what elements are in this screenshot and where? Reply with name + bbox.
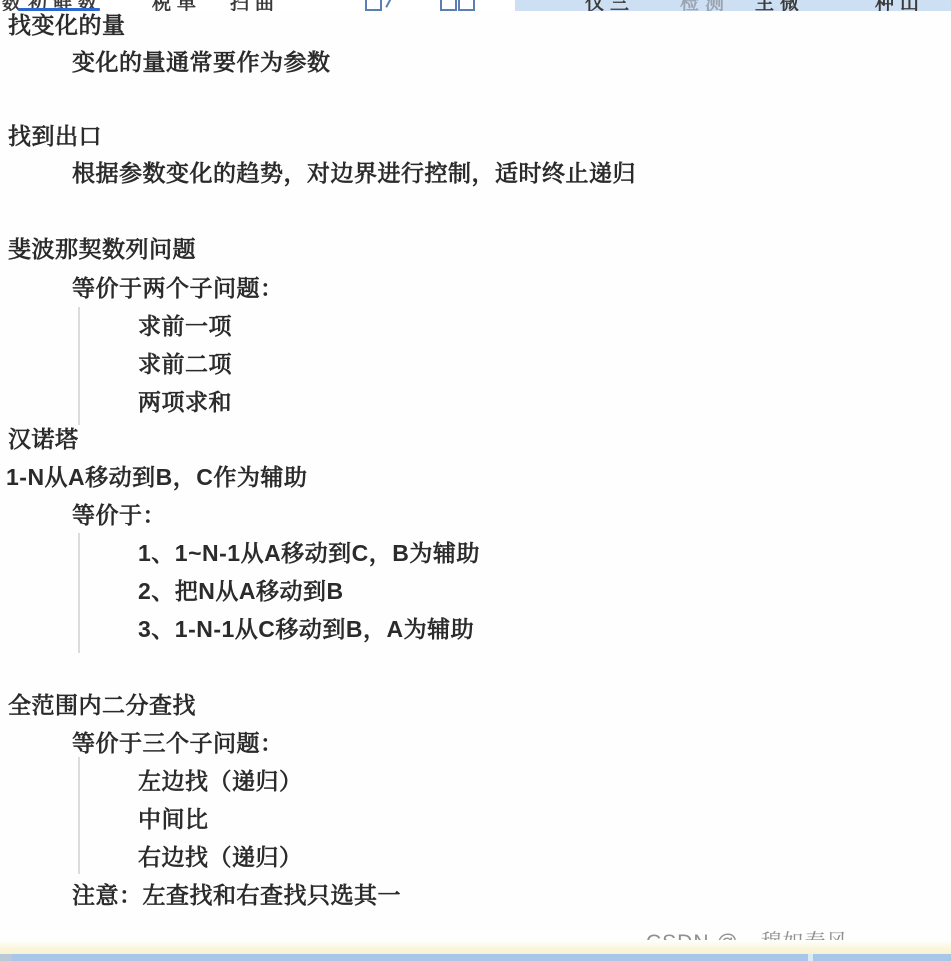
section-heading: 找变化的量 bbox=[8, 13, 126, 38]
indent-guide-line bbox=[78, 533, 80, 653]
outline-text: 根据参数变化的趋势，对边界进行控制，适时终止递归 bbox=[72, 161, 636, 186]
outline-item: 右边找（递归） bbox=[138, 845, 303, 870]
toolbar-active-underline bbox=[18, 8, 100, 11]
outline-item: 中间比 bbox=[138, 807, 209, 832]
toolbar-icon[interactable] bbox=[385, 0, 392, 8]
toolbar-button-fragment[interactable]: 税单 bbox=[152, 0, 202, 11]
bottom-bar-left-segment bbox=[0, 954, 12, 961]
bottom-yellow-strip bbox=[0, 940, 951, 954]
outline-item: 两项求和 bbox=[138, 390, 232, 415]
section-heading: 全范围内二分查找 bbox=[8, 693, 196, 718]
clipped-toolbar: 数 初鲜数 税单 扫曲 仅三 检测 主微 种山 bbox=[0, 0, 951, 11]
toolbar-icon[interactable] bbox=[458, 0, 475, 11]
toolbar-button-fragment[interactable]: 仅三 bbox=[585, 0, 635, 11]
indent-guide-line bbox=[78, 307, 80, 425]
outline-text: 等价于两个子问题： bbox=[72, 276, 284, 301]
toolbar-icon[interactable] bbox=[365, 0, 382, 11]
toolbar-button-fragment-disabled[interactable]: 检测 bbox=[680, 0, 730, 11]
outline-note: 注意：左查找和右查找只选其一 bbox=[72, 883, 401, 908]
outline-item: 1、1~N-1从A移动到C，B为辅助 bbox=[138, 541, 480, 566]
section-heading: 找到出口 bbox=[8, 124, 102, 149]
outline-item: 左边找（递归） bbox=[138, 769, 303, 794]
outline-text: 变化的量通常要作为参数 bbox=[72, 50, 331, 75]
outline-item: 2、把N从A移动到B bbox=[138, 579, 344, 604]
note-page: 数 初鲜数 税单 扫曲 仅三 检测 主微 种山 找变化的量 变化的量通常要作为参… bbox=[0, 0, 951, 961]
outline-item: 求前一项 bbox=[138, 314, 232, 339]
bottom-bar-notch bbox=[808, 954, 813, 961]
indent-guide-line bbox=[78, 757, 80, 874]
outline-text: 等价于三个子问题： bbox=[72, 731, 284, 756]
bottom-blue-bar bbox=[0, 954, 951, 961]
toolbar-button-fragment[interactable]: 扫曲 bbox=[230, 0, 280, 11]
outline-text: 等价于： bbox=[72, 503, 166, 528]
outline-item: 3、1-N-1从C移动到B，A为辅助 bbox=[138, 617, 474, 642]
outline-item: 求前二项 bbox=[138, 352, 232, 377]
toolbar-button-fragment[interactable]: 种山 bbox=[875, 0, 925, 11]
section-heading: 斐波那契数列问题 bbox=[8, 237, 196, 262]
section-heading: 汉诺塔 bbox=[8, 427, 79, 452]
toolbar-button-fragment[interactable]: 主微 bbox=[755, 0, 805, 11]
section-subheading: 1-N从A移动到B，C作为辅助 bbox=[6, 465, 307, 490]
toolbar-icon[interactable] bbox=[440, 0, 457, 11]
